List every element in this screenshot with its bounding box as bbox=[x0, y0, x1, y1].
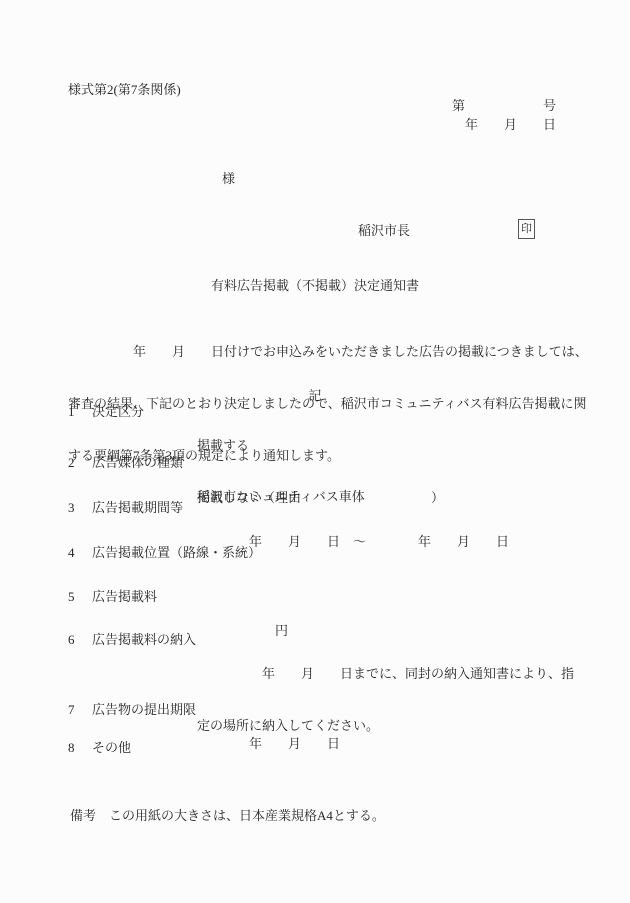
item-value: 年 月 日 ～ 年 月 日 bbox=[197, 501, 509, 583]
item-value: 年 月 日 bbox=[197, 703, 340, 785]
document-number-line: 第 号 bbox=[452, 99, 556, 114]
item-label: 広告媒体の種類 bbox=[92, 456, 183, 471]
item-number: 5 bbox=[68, 590, 75, 605]
item-label: 広告掲載位置（路線・系統） bbox=[92, 546, 261, 561]
date-line: 年 月 日 bbox=[465, 118, 556, 133]
item-label: その他 bbox=[92, 741, 131, 756]
item-label: 広告掲載料 bbox=[92, 590, 157, 605]
item-number: 6 bbox=[68, 633, 75, 648]
item-value-line: 年 月 日までに、同封の納入通知書により、指 bbox=[197, 663, 574, 685]
item-label: 広告掲載期間等 bbox=[92, 501, 183, 516]
item-value-line: 年 月 日 bbox=[197, 733, 340, 755]
record-marker: 記 bbox=[0, 389, 630, 404]
sender-title: 稲沢市長 bbox=[358, 224, 410, 239]
item-number: 2 bbox=[68, 456, 75, 471]
document-title: 有料広告掲載（不掲載）決定通知書 bbox=[0, 279, 630, 294]
item-number: 3 bbox=[68, 501, 75, 516]
item-number: 1 bbox=[68, 405, 75, 420]
seal-box: 印 bbox=[518, 219, 535, 239]
item-label: 広告掲載料の納入 bbox=[92, 633, 196, 648]
form-number-label: 様式第2(第7条関係) bbox=[68, 83, 181, 98]
remarks-note: 備考 この用紙の大きさは、日本産業規格A4とする。 bbox=[70, 809, 385, 824]
item-label: 決定区分 bbox=[92, 405, 144, 420]
document-page: 様式第2(第7条関係) 第 号 年 月 日 様 稲沢市長 印 有料広告掲載（不掲… bbox=[0, 0, 630, 903]
item-value-line: 掲載する bbox=[197, 435, 444, 457]
item-number: 4 bbox=[68, 546, 75, 561]
body-line-1: 年 月 日付けでお申込みをいただきました広告の掲載につきましては、 bbox=[68, 341, 588, 363]
addressee-honorific: 様 bbox=[222, 172, 235, 187]
item-number: 7 bbox=[68, 703, 75, 718]
item-number: 8 bbox=[68, 741, 75, 756]
item-label: 広告物の提出期限 bbox=[92, 703, 196, 718]
